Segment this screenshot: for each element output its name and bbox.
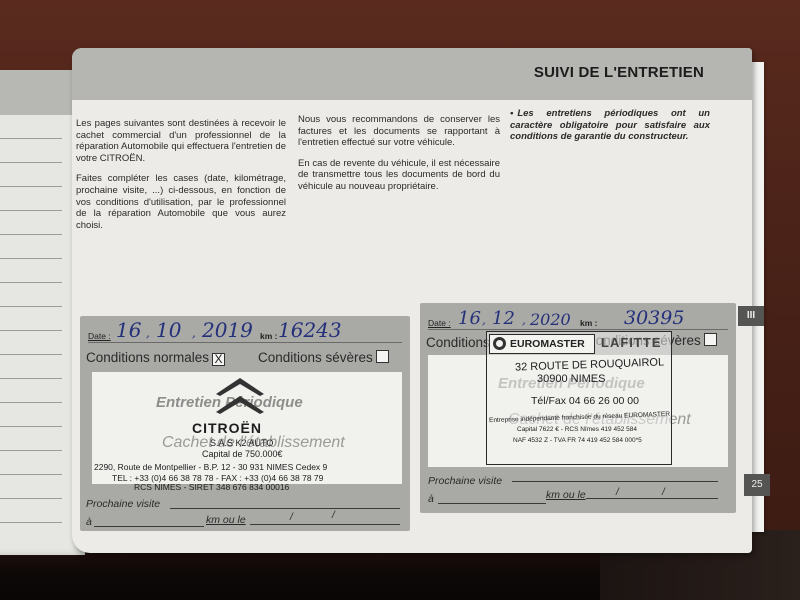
- date-separator: ,: [192, 326, 196, 340]
- stamp-address: 2290, Route de Montpellier - B.P. 12 - 3…: [94, 462, 327, 472]
- note-line: [0, 210, 62, 211]
- intro-column-2: Nous vous recommandons de conserver les …: [298, 114, 500, 202]
- note-line: [0, 450, 62, 451]
- km-value[interactable]: 16243: [278, 318, 342, 342]
- date-separator: ,: [146, 326, 150, 340]
- date-input-line[interactable]: [250, 524, 400, 525]
- date-slash: /: [332, 510, 335, 521]
- note-line: [0, 426, 62, 427]
- stamp-capital: Capital de 750.000€: [202, 449, 283, 459]
- note-line: [0, 330, 62, 331]
- intro-column-1: Les pages suivantes sont destinées à rec…: [76, 118, 286, 240]
- stamp-registry: RCS NIMES - SIRET 348 676 834 00016: [134, 482, 289, 492]
- header-band: SUIVI DE L'ENTRETIEN: [72, 48, 752, 100]
- conditions-severe-checkbox[interactable]: [704, 333, 717, 346]
- km-input-line[interactable]: [438, 503, 546, 504]
- stamp-company: S.A.S K2 AUTO: [210, 438, 273, 448]
- stamp-address-line-2: 30900 NIMES: [537, 373, 605, 385]
- page-title: SUIVI DE L'ENTRETIEN: [534, 64, 704, 81]
- km-label: km :: [260, 331, 277, 341]
- note-line: [0, 378, 62, 379]
- date-separator: ,: [482, 313, 486, 327]
- date-label: Date :: [88, 331, 111, 341]
- service-entry-1: Date : 16 , 10 , 2019 km : 16243 Conditi…: [80, 316, 410, 531]
- stamp-address-line-1: 32 ROUTE DE ROUQUAIROL: [515, 356, 664, 373]
- km-or-on-label: km ou le: [546, 489, 586, 501]
- next-visit-line[interactable]: [512, 481, 718, 482]
- next-visit-line[interactable]: [170, 508, 400, 509]
- at-label: à: [86, 516, 92, 528]
- km-input-line[interactable]: [94, 526, 204, 527]
- date-separator: ,: [522, 313, 526, 327]
- at-label: à: [428, 493, 434, 505]
- note-line: [0, 162, 62, 163]
- stamp-franchise-note: Entreprise indépendante franchisée du ré…: [489, 411, 670, 424]
- stamp-capital: Capital 7622 € - RCS Nîmes 419 452 584: [517, 426, 637, 433]
- date-day-value[interactable]: 16: [458, 308, 481, 329]
- date-slash: /: [662, 487, 665, 498]
- note-line: [0, 306, 62, 307]
- note-line: [0, 474, 62, 475]
- conditions-severe-checkbox[interactable]: [376, 350, 389, 363]
- date-slash: /: [616, 487, 619, 498]
- intro-paragraph: Les pages suivantes sont destinées à rec…: [76, 118, 286, 164]
- intro-paragraph: Nous vous recommandons de conserver les …: [298, 114, 500, 149]
- note-line: [0, 258, 62, 259]
- stamp-brand: CITROËN: [192, 420, 262, 436]
- warranty-note-text: Les entretiens périodiques ont un caract…: [510, 108, 710, 142]
- conditions-severe: Conditions sévères: [258, 350, 389, 365]
- note-line: [0, 234, 62, 235]
- conditions-severe-label: Conditions sévères: [258, 350, 373, 365]
- stamp-phone: Tél/Fax 04 66 26 00 00: [531, 395, 639, 407]
- date-day-value[interactable]: 16: [116, 318, 141, 342]
- km-label: km :: [580, 318, 597, 328]
- note-line: [0, 522, 62, 523]
- date-km-row: Date : 16 , 10 , 2019 km : 16243: [88, 326, 402, 343]
- note-line: [0, 186, 62, 187]
- page-number: 25: [744, 474, 770, 496]
- euromaster-logo-icon: [493, 337, 506, 350]
- warranty-note: •Les entretiens périodiques ont un carac…: [510, 108, 710, 143]
- intro-paragraph: En cas de revente du véhicule, il est né…: [298, 158, 500, 193]
- conditions-normal-checkbox[interactable]: X: [212, 353, 225, 366]
- conditions-normal: Conditions normalesX: [86, 350, 225, 366]
- section-tab: III: [738, 306, 764, 326]
- date-input-line[interactable]: [586, 498, 718, 499]
- date-km-row: Date : 16 , 12 , 2020 km : 30395: [428, 313, 728, 330]
- km-value[interactable]: 30395: [624, 307, 684, 329]
- date-month-value[interactable]: 12: [492, 308, 515, 329]
- note-line: [0, 138, 62, 139]
- note-line: [0, 498, 62, 499]
- note-line: [0, 282, 62, 283]
- stamp-name: LAFITTE: [601, 335, 661, 350]
- euromaster-logo-box: EUROMASTER: [489, 334, 595, 354]
- citroen-chevrons-icon: [212, 372, 268, 418]
- conditions-normal-label: Conditions normales: [86, 350, 209, 365]
- next-visit-label: Prochaine visite: [428, 475, 502, 487]
- euromaster-stamp: EUROMASTER LAFITTE 32 ROUTE DE ROUQUAIRO…: [486, 331, 672, 465]
- maintenance-page: SUIVI DE L'ENTRETIEN Les pages suivantes…: [72, 48, 752, 553]
- next-visit-label: Prochaine visite: [86, 498, 160, 510]
- stamp-brand: EUROMASTER: [510, 338, 585, 350]
- date-label: Date :: [428, 318, 451, 328]
- note-line: [0, 402, 62, 403]
- service-entry-2: Date : 16 , 12 , 2020 km : 30395 Conditi…: [420, 303, 736, 513]
- date-year-value[interactable]: 2020: [530, 310, 571, 329]
- intro-paragraph: Faites compléter les cases (date, kilomé…: [76, 173, 286, 231]
- date-year-value[interactable]: 2019: [202, 318, 253, 342]
- bullet-icon: •: [510, 108, 513, 119]
- date-slash: /: [290, 512, 293, 523]
- note-line: [0, 354, 62, 355]
- km-or-on-label: km ou le: [206, 514, 246, 526]
- stamp-area: Entretien Périodique Cachet de l'établis…: [92, 372, 402, 484]
- date-month-value[interactable]: 10: [156, 318, 181, 342]
- stamp-naf: NAF 4532 Z - TVA FR 74 419 452 584 000*5: [513, 437, 642, 444]
